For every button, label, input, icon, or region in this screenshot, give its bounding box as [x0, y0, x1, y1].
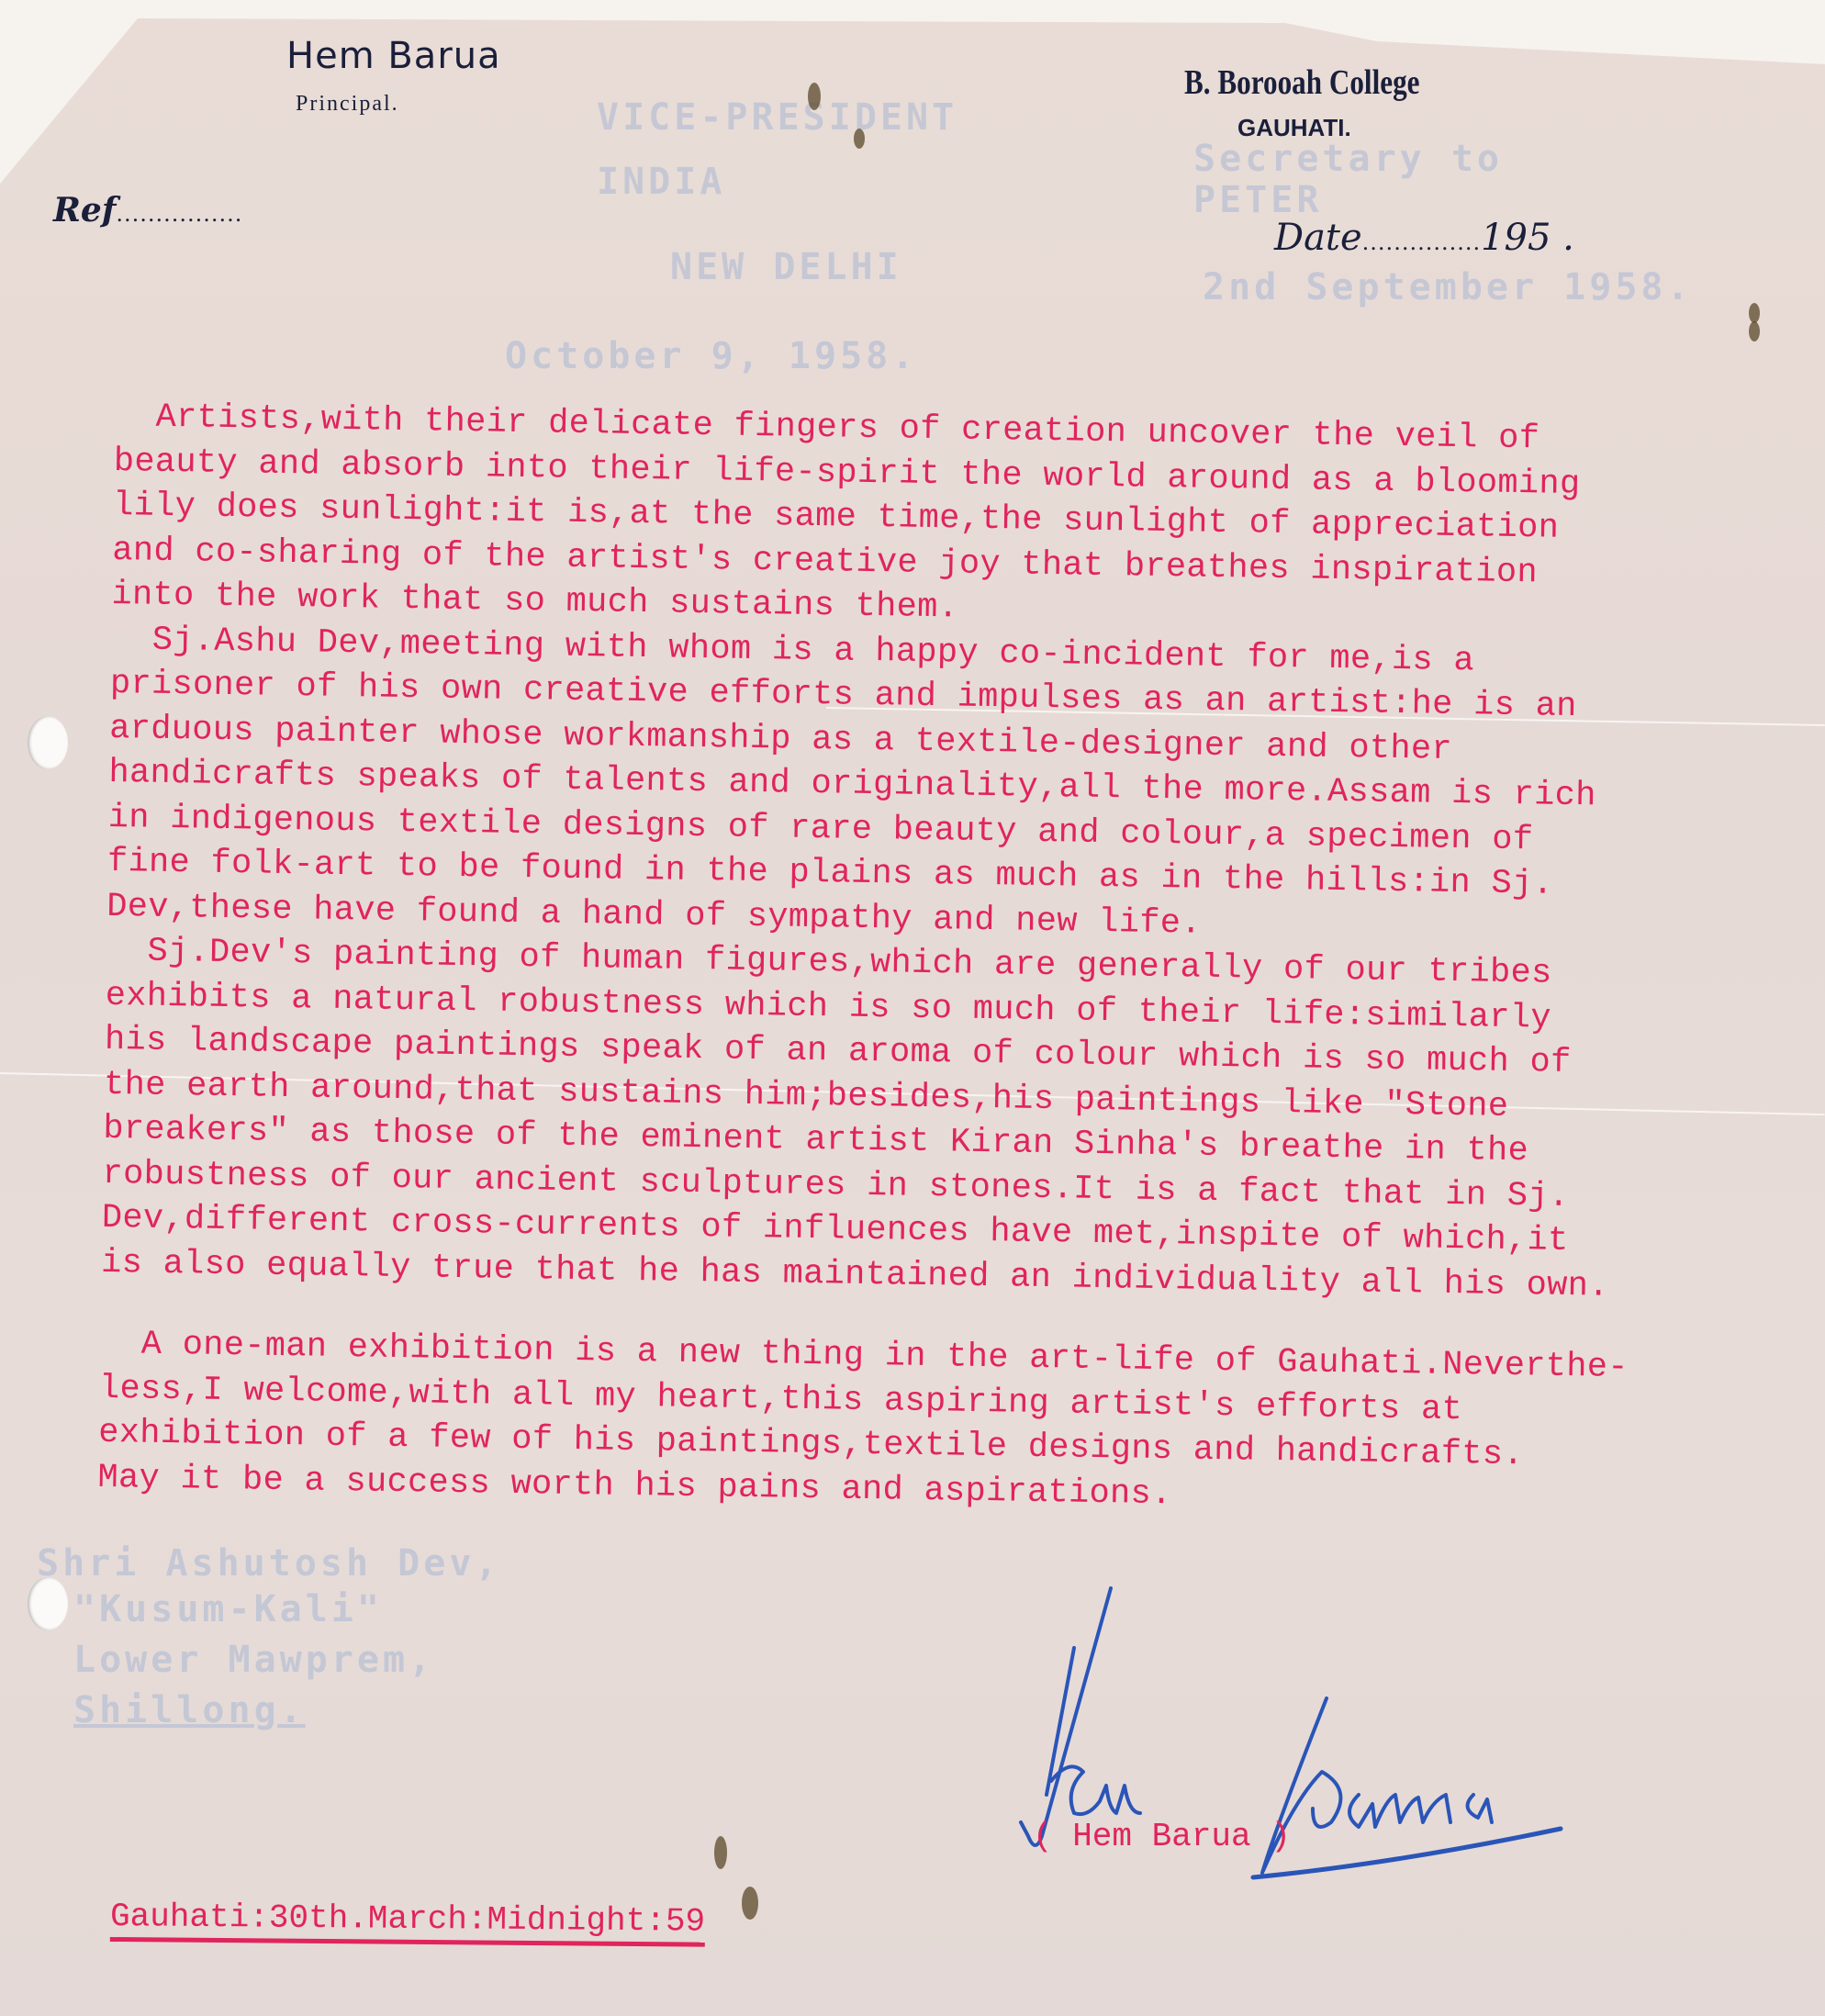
paragraph-1: Artists,with their delicate fingers of c… — [111, 395, 1822, 644]
letterhead-title: Principal. — [296, 92, 399, 117]
stain-mark — [742, 1887, 758, 1920]
stain-mark — [714, 1836, 727, 1869]
show-through-text: October 9, 1958. — [505, 335, 917, 377]
reference-dots: ................ — [116, 201, 242, 227]
letter-body: Artists,with their delicate fingers of c… — [97, 395, 1822, 1527]
typed-signature: ( Hem Barua ) — [1033, 1818, 1291, 1855]
letterhead-name: Hem Barua — [286, 35, 501, 77]
show-through-text: Shri Ashutosh Dev, — [37, 1542, 500, 1585]
show-through-text: Secretary to — [1193, 138, 1503, 180]
show-through-text: VICE-PRESIDENT — [597, 96, 957, 139]
dateline: Gauhati:30th.March:Midnight:59 — [110, 1898, 706, 1947]
paragraph-4: A one-man exhibition is a new thing in t… — [97, 1322, 1808, 1527]
letterhead-college: B. Borooah College — [1184, 62, 1419, 103]
date-year: 195 — [1481, 217, 1551, 259]
paragraph-2: Sj.Ashu Dev,meeting with whom is a happy… — [106, 617, 1819, 956]
reference-field: Ref................ — [53, 191, 242, 230]
show-through-text: 2nd September 1958. — [1203, 266, 1693, 308]
show-through-text: Shillong. — [73, 1689, 306, 1731]
date-label: Date — [1274, 217, 1362, 259]
stain-mark — [854, 129, 865, 149]
letterhead-city: GAUHATI. — [1237, 114, 1351, 142]
stain-mark — [1749, 321, 1760, 342]
date-field: Date...............195 . — [1274, 217, 1574, 259]
date-end: . — [1551, 217, 1573, 259]
show-through-text: Lower Mawprem, — [73, 1639, 434, 1681]
show-through-text: INDIA — [597, 161, 725, 203]
stain-mark — [808, 83, 821, 110]
date-dots: ............... — [1362, 230, 1481, 255]
reference-label: Ref — [53, 191, 116, 230]
show-through-text: NEW DELHI — [670, 246, 902, 288]
punch-hole — [28, 1577, 68, 1630]
stain-mark — [1749, 303, 1760, 323]
show-through-text: PETER — [1193, 179, 1322, 221]
punch-hole — [28, 716, 68, 769]
paragraph-3: Sj.Dev's painting of human figures,which… — [101, 929, 1814, 1312]
show-through-text: "Kusum-Kali" — [73, 1588, 383, 1630]
